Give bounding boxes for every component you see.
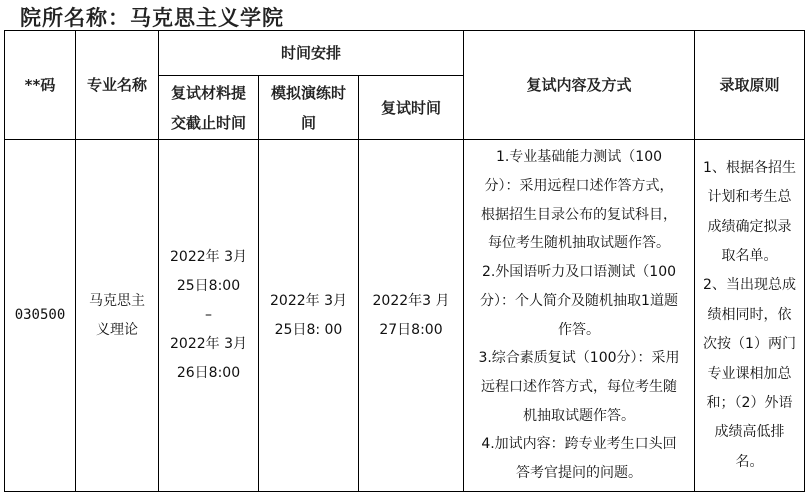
cell-line: 远程口述作答方式，每位考生随	[464, 373, 694, 402]
cell-line: 3.综合素质复试（100分）：采用	[464, 344, 694, 373]
cell-line: –	[159, 301, 258, 330]
cell-line: 分）：个人简介及随机抽取1道题	[464, 287, 694, 316]
cell-line: 和；（2）外语	[695, 389, 804, 418]
cell-line: 分）：采用远程口述作答方式，	[464, 172, 694, 201]
cell-line: 每位考生随机抽取试题作答。	[464, 229, 694, 258]
cell-mock-drill-time: 2022年 3月 25日8: 00	[259, 140, 359, 492]
cell-line: 4.加试内容：跨专业考生口头回	[464, 430, 694, 459]
header-code: **码	[5, 31, 76, 140]
cell-retest-content: 1.专业基础能力测试（100 分）：采用远程口述作答方式， 根据招生目录公布的复…	[464, 140, 695, 492]
cell-retest-time: 2022年3 月 27日8:00	[359, 140, 464, 492]
cell-line: 2022年 3月	[159, 243, 258, 272]
cell-line: 取名单。	[695, 242, 804, 271]
cell-line: 25日8:00	[159, 272, 258, 301]
header-line: 间	[259, 108, 358, 138]
header-line: 复试材料提	[159, 78, 258, 108]
cell-line: 义理论	[76, 316, 158, 345]
header-materials-deadline: 复试材料提 交截止时间	[159, 76, 259, 140]
cell-line: 答考官提问的问题。	[464, 459, 694, 488]
cell-line: 计划和考生总	[695, 183, 804, 212]
cell-line: 马克思主	[76, 287, 158, 316]
header-major-name: 专业名称	[76, 31, 159, 140]
header-admission-principle: 录取原则	[695, 31, 805, 140]
header-time-arrangement: 时间安排	[159, 31, 464, 76]
header-retest-time: 复试时间	[359, 76, 464, 140]
cell-line: 2022年 3月	[159, 330, 258, 359]
table-row: 030500 马克思主 义理论 2022年 3月 25日8:00 – 2022年…	[5, 140, 805, 492]
cell-line: 1.专业基础能力测试（100	[464, 143, 694, 172]
cell-code: 030500	[5, 140, 76, 492]
cell-line: 2022年 3月	[259, 287, 358, 316]
cell-line: 专业课相加总	[695, 360, 804, 389]
header-retest-content: 复试内容及方式	[464, 31, 695, 140]
cell-line: 27日8:00	[359, 316, 463, 345]
cell-admission-principle: 1、根据各招生 计划和考生总 成绩确定拟录 取名单。 2、当出现总成 绩相同时，…	[695, 140, 805, 492]
cell-line: 2、当出现总成	[695, 271, 804, 300]
cell-materials-deadline: 2022年 3月 25日8:00 – 2022年 3月 26日8:00	[159, 140, 259, 492]
cell-line: 26日8:00	[159, 359, 258, 388]
cell-line: 1、根据各招生	[695, 154, 804, 183]
cell-line: 成绩确定拟录	[695, 213, 804, 242]
cell-line: 作答。	[464, 316, 694, 345]
cell-line: 成绩高低排	[695, 418, 804, 447]
cell-line: 根据招生目录公布的复试科目，	[464, 201, 694, 230]
cell-line: 名。	[695, 448, 804, 477]
retest-schedule-table: **码 专业名称 时间安排 复试内容及方式 录取原则 复试材料提 交截止时间 模…	[4, 30, 805, 492]
cell-line: 机抽取试题作答。	[464, 402, 694, 431]
header-line: 交截止时间	[159, 108, 258, 138]
cell-line: 25日8: 00	[259, 316, 358, 345]
cell-line: 次按（1）两门	[695, 330, 804, 359]
cell-major-name: 马克思主 义理论	[76, 140, 159, 492]
cell-line: 2.外国语听力及口语测试（100	[464, 258, 694, 287]
cell-line: 2022年3 月	[359, 287, 463, 316]
cell-line: 绩相同时，依	[695, 301, 804, 330]
header-mock-drill-time: 模拟演练时 间	[259, 76, 359, 140]
header-line: 模拟演练时	[259, 78, 358, 108]
page-title: 院所名称：马克思主义学院	[20, 2, 284, 32]
